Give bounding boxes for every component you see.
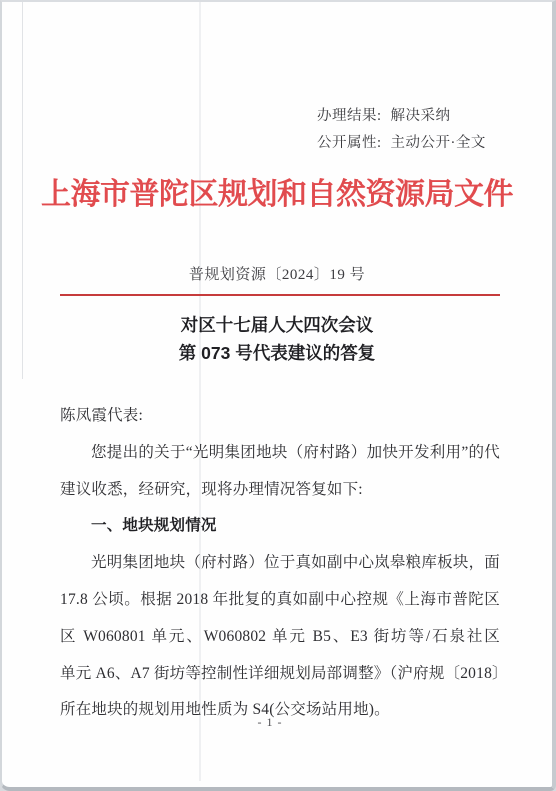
meta-result-label: 办理结果: bbox=[317, 108, 382, 124]
meta-publicity-value: 主动公开·全文 bbox=[391, 135, 486, 151]
document-page: 办理结果:解决采纳 公开属性:主动公开·全文 上海市普陀区规划和自然资源局文件 … bbox=[0, 0, 556, 791]
body-line: 光明集团地块（府村路）位于真如副中心岚皋粮库板块，面积约 bbox=[60, 545, 500, 582]
agency-title: 上海市普陀区规划和自然资源局文件 bbox=[2, 169, 552, 213]
document-number: 普规划资源〔2024〕19 号 bbox=[2, 263, 552, 284]
body-line: 您提出的关于“光明集团地块（府村路）加快开发利用”的代表 bbox=[60, 435, 500, 472]
meta-publicity-label: 公开属性: bbox=[317, 135, 382, 151]
body-line: 单元 A6、A7 街坊等控制性详细规划局部调整》（沪府规〔2018〕87 号）， bbox=[60, 656, 500, 693]
red-separator-rule bbox=[60, 294, 500, 296]
meta-result-value: 解决采纳 bbox=[391, 108, 451, 124]
subject-line-2: 第 073 号代表建议的答复 bbox=[2, 339, 552, 367]
meta-block: 办理结果:解决采纳 公开属性:主动公开·全文 bbox=[317, 103, 486, 157]
meta-publicity-line: 公开属性:主动公开·全文 bbox=[317, 130, 486, 157]
letter-body: 陈凤霞代表: 您提出的关于“光明集团地块（府村路）加快开发利用”的代表 建议收悉… bbox=[60, 398, 500, 729]
meta-result-line: 办理结果:解决采纳 bbox=[317, 103, 486, 130]
subject-line-1: 对区十七届人大四次会议 bbox=[2, 311, 552, 339]
body-line: 建议收悉，经研究，现将办理情况答复如下: bbox=[60, 472, 500, 509]
section-heading: 一、地块规划情况 bbox=[60, 508, 500, 545]
body-line: 区 W060801 单元、W060802 单元 B5、E3 街坊等/石泉社区 W… bbox=[60, 619, 500, 656]
body-line: 17.8 公顷。根据 2018 年批复的真如副中心控规《上海市普陀区真如社 bbox=[60, 582, 500, 619]
salutation: 陈凤霞代表: bbox=[60, 398, 500, 435]
subject-title: 对区十七届人大四次会议 第 073 号代表建议的答复 bbox=[2, 311, 552, 367]
page-number: - 1 - bbox=[60, 715, 480, 730]
